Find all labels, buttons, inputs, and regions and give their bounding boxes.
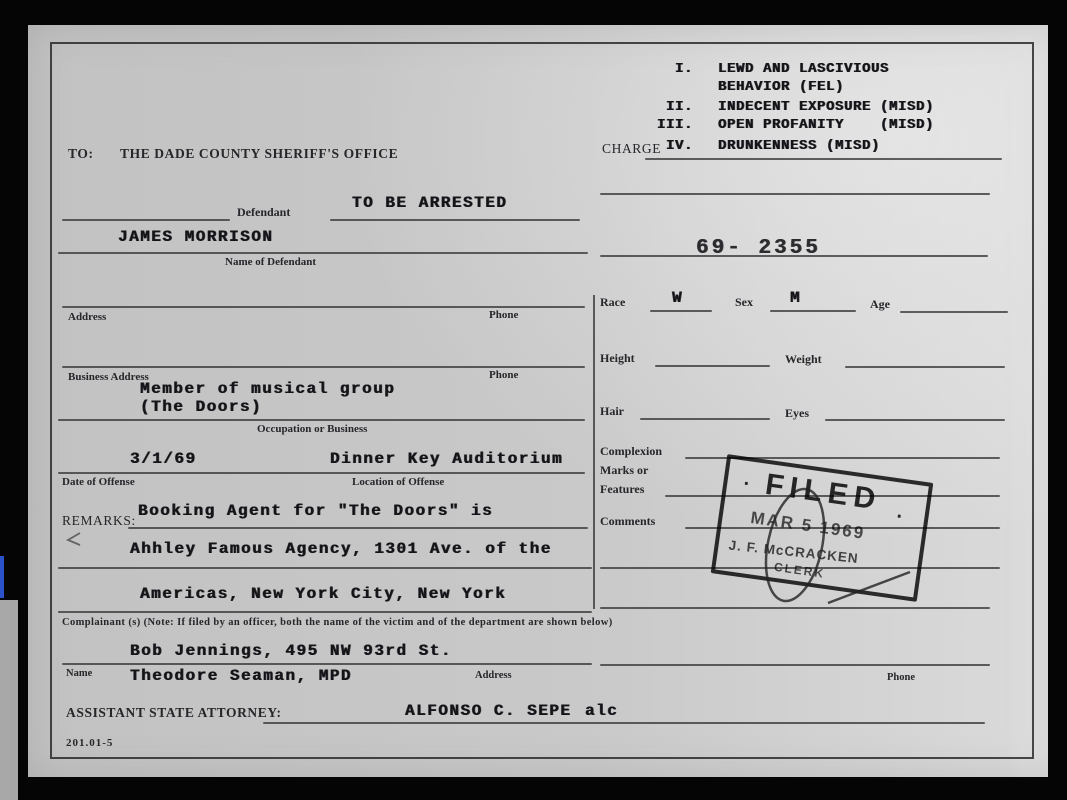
race-label: Race — [600, 295, 625, 310]
comments-label: Comments — [600, 514, 655, 529]
remarks-rule-3 — [58, 611, 592, 613]
weight-label: Weight — [785, 352, 822, 367]
eyes-label: Eyes — [785, 406, 809, 421]
height-label: Height — [600, 351, 635, 366]
name-col-label: Name — [66, 668, 92, 679]
scan-artifact-blue-mark — [0, 556, 4, 598]
charge-numeral-1: I. — [638, 61, 693, 77]
complainant-note: Complainant (s) (Note: If filed by an of… — [62, 617, 613, 628]
occupation-label: Occupation or Business — [257, 423, 367, 435]
to-value: THE DADE COUNTY SHERIFF'S OFFICE — [120, 146, 398, 162]
location-of-offense-value: Dinner Key Auditorium — [330, 450, 563, 468]
complainant-rule-right — [600, 664, 990, 666]
phone-col-label: Phone — [887, 672, 915, 683]
sex-value: M — [790, 289, 801, 307]
defendant-rule-right — [330, 219, 580, 221]
attorney-value: ALFONSO C. SEPE — [405, 702, 572, 720]
to-label: TO: — [68, 146, 94, 162]
stamp-clerk-title: CLERK — [773, 560, 826, 581]
stamp-dot-right: . — [895, 500, 904, 524]
scanned-arrest-form: { "colors": { "paper": "#c9c9c9", "ink":… — [0, 0, 1067, 800]
sex-label: Sex — [735, 295, 753, 310]
remarks-rule-2 — [58, 567, 592, 569]
charge-2-line-1: INDECENT EXPOSURE (MISD) — [718, 99, 934, 115]
remarks-value-line2: Ahhley Famous Agency, 1301 Ave. of the — [130, 540, 552, 558]
occupation-rule — [58, 419, 585, 421]
charge-numeral-3: III. — [638, 117, 693, 133]
charge-1-line-2: BEHAVIOR (FEL) — [718, 79, 844, 95]
blank-rule-right-1 — [600, 193, 990, 195]
business-address-rule — [62, 366, 585, 368]
charge-numeral-4: IV. — [638, 138, 693, 154]
remarks-value-line1: Booking Agent for "The Doors" is — [138, 502, 493, 520]
weight-rule — [845, 366, 1005, 368]
complainant-1-value: Bob Jennings, 495 NW 93rd St. — [130, 642, 452, 660]
defendant-status-value: TO BE ARRESTED — [352, 194, 507, 212]
address-phone-label: Phone — [489, 309, 518, 321]
business-phone-label: Phone — [489, 369, 518, 381]
charge-1-line-1: LEWD AND LASCIVIOUS — [718, 61, 889, 77]
location-of-offense-label: Location of Offense — [352, 476, 444, 488]
charge-4-line-1: DRUNKENNESS (MISD) — [718, 138, 880, 154]
address-label: Address — [68, 311, 106, 323]
defendant-rule-left — [62, 219, 230, 221]
stamp-dot-left: · — [742, 473, 752, 497]
blank-rule-right-3 — [600, 607, 990, 609]
charge-underline — [645, 158, 1002, 160]
stamp-filed-text: FILED — [763, 468, 883, 518]
race-rule — [650, 310, 712, 312]
remarks-rule-1 — [128, 527, 588, 529]
charge-numeral-2: II. — [638, 99, 693, 115]
occupation-value-line1: Member of musical group — [140, 380, 395, 398]
height-rule — [655, 365, 770, 367]
age-label: Age — [870, 297, 890, 312]
race-value: W — [672, 289, 683, 307]
case-number-value: 69- 2355 — [696, 237, 821, 260]
address-col-label: Address — [475, 670, 512, 681]
remarks-label: REMARKS: — [62, 513, 136, 529]
complainant-rule-left — [62, 663, 592, 665]
form-paper: I. LEWD AND LASCIVIOUS BEHAVIOR (FEL) II… — [28, 25, 1048, 777]
charge-3-line-1: OPEN PROFANITY (MISD) — [718, 117, 934, 133]
marks-label-line1: Marks or — [600, 463, 648, 478]
date-of-offense-label: Date of Offense — [62, 476, 135, 488]
form-number: 201.01-5 — [66, 737, 113, 749]
defendant-name-value: JAMES MORRISON — [118, 228, 273, 246]
occupation-value-line2: (The Doors) — [140, 398, 262, 416]
attorney-rule — [263, 722, 985, 724]
hair-label: Hair — [600, 404, 624, 419]
attorney-initials: alc — [585, 702, 618, 720]
hair-rule — [640, 418, 770, 420]
eyes-rule — [825, 419, 1005, 421]
complainant-2-value: Theodore Seaman, MPD — [130, 667, 352, 685]
scan-artifact-gray-strip — [0, 600, 18, 800]
defendant-name-rule — [58, 252, 588, 254]
offense-rule — [58, 472, 585, 474]
complexion-label: Complexion — [600, 444, 662, 459]
date-of-offense-value: 3/1/69 — [130, 450, 197, 468]
address-rule — [62, 306, 585, 308]
business-address-label: Business Address — [68, 371, 149, 383]
age-rule — [900, 311, 1008, 313]
marks-label-line2: Features — [600, 482, 644, 497]
attorney-label: ASSISTANT STATE ATTORNEY: — [66, 705, 282, 721]
column-divider — [593, 295, 595, 609]
remarks-value-line3: Americas, New York City, New York — [140, 585, 506, 603]
defendant-label: Defendant — [237, 205, 290, 220]
defendant-name-label: Name of Defendant — [225, 256, 316, 268]
sex-rule — [770, 310, 856, 312]
